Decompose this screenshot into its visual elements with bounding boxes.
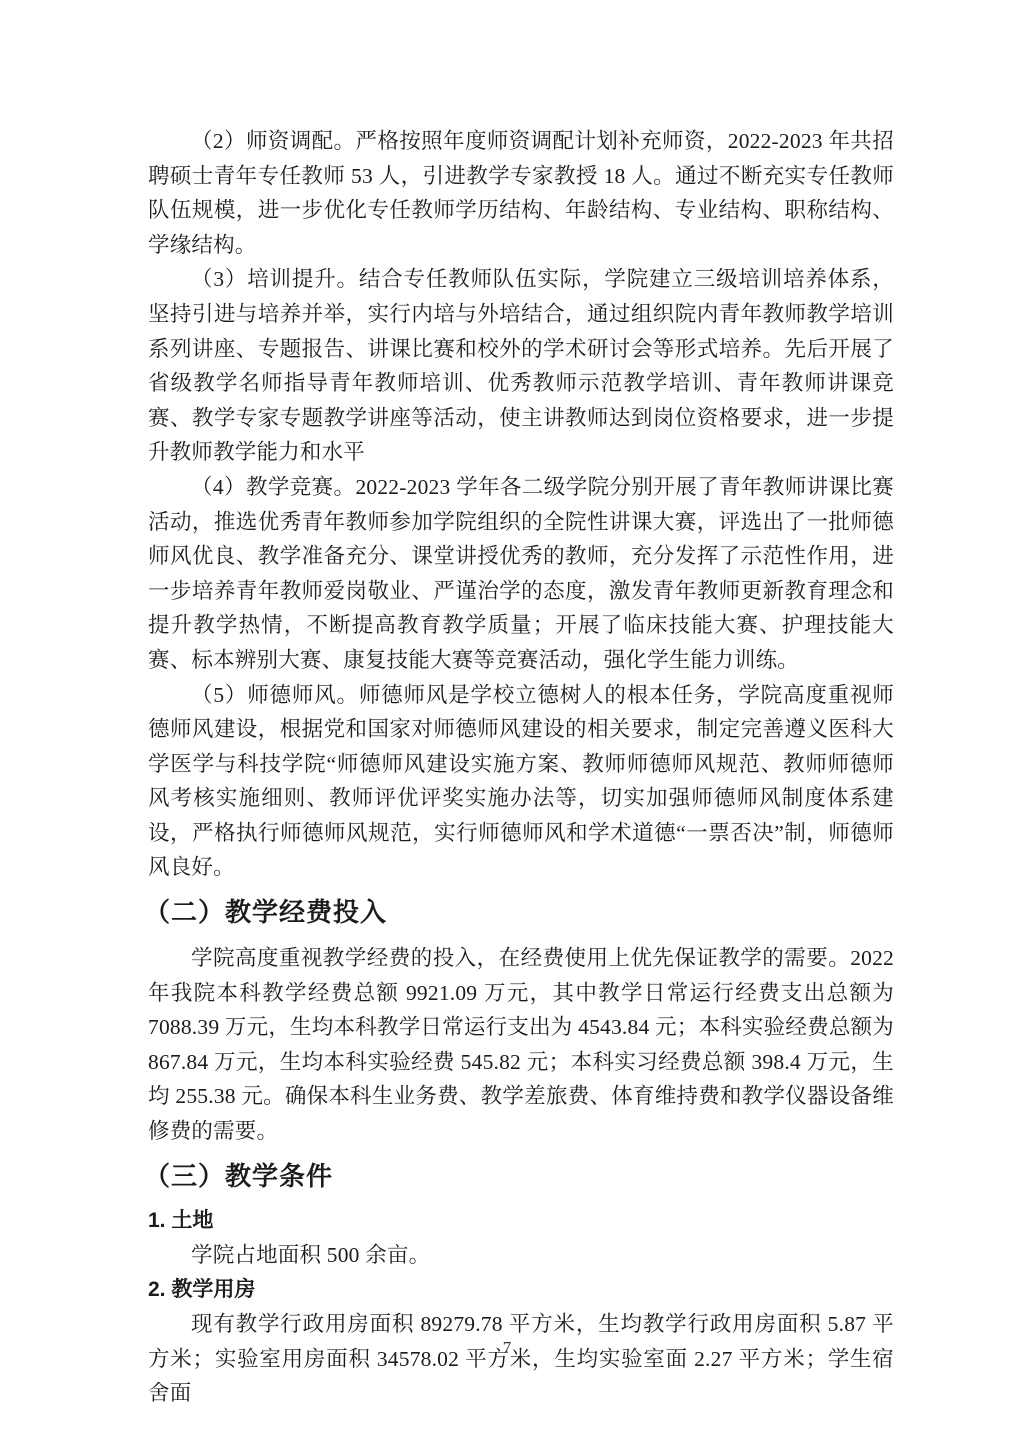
subheading-land: 1. 土地 — [148, 1205, 894, 1236]
paragraph-training: （3）培训提升。结合专任教师队伍实际，学院建立三级培训培养体系，坚持引进与培养并… — [148, 262, 894, 470]
paragraph-land-area: 学院占地面积 500 余亩。 — [148, 1238, 894, 1273]
document-page: （2）师资调配。严格按照年度师资调配计划补充师资，2022-2023 年共招聘硕… — [0, 0, 1024, 1448]
heading-teaching-funding: （二）教学经费投入 — [144, 893, 894, 931]
heading-teaching-conditions: （三）教学条件 — [144, 1157, 894, 1195]
page-number: 7 — [0, 1338, 1014, 1358]
paragraph-teacher-ethics: （5）师德师风。师德师风是学校立德树人的根本任务，学院高度重视师德师风建设，根据… — [148, 678, 894, 886]
paragraph-housing-area: 现有教学行政用房面积 89279.78 平方米，生均教学行政用房面积 5.87 … — [148, 1307, 894, 1411]
paragraph-teacher-allocation: （2）师资调配。严格按照年度师资调配计划补充师资，2022-2023 年共招聘硕… — [148, 124, 894, 262]
paragraph-teaching-competition: （4）教学竞赛。2022-2023 学年各二级学院分别开展了青年教师讲课比赛活动… — [148, 470, 894, 678]
paragraph-funding-details: 学院高度重视教学经费的投入，在经费使用上优先保证教学的需要。2022 年我院本科… — [148, 941, 894, 1149]
subheading-teaching-housing: 2. 教学用房 — [148, 1274, 894, 1305]
page-content: （2）师资调配。严格按照年度师资调配计划补充师资，2022-2023 年共招聘硕… — [148, 124, 894, 1411]
